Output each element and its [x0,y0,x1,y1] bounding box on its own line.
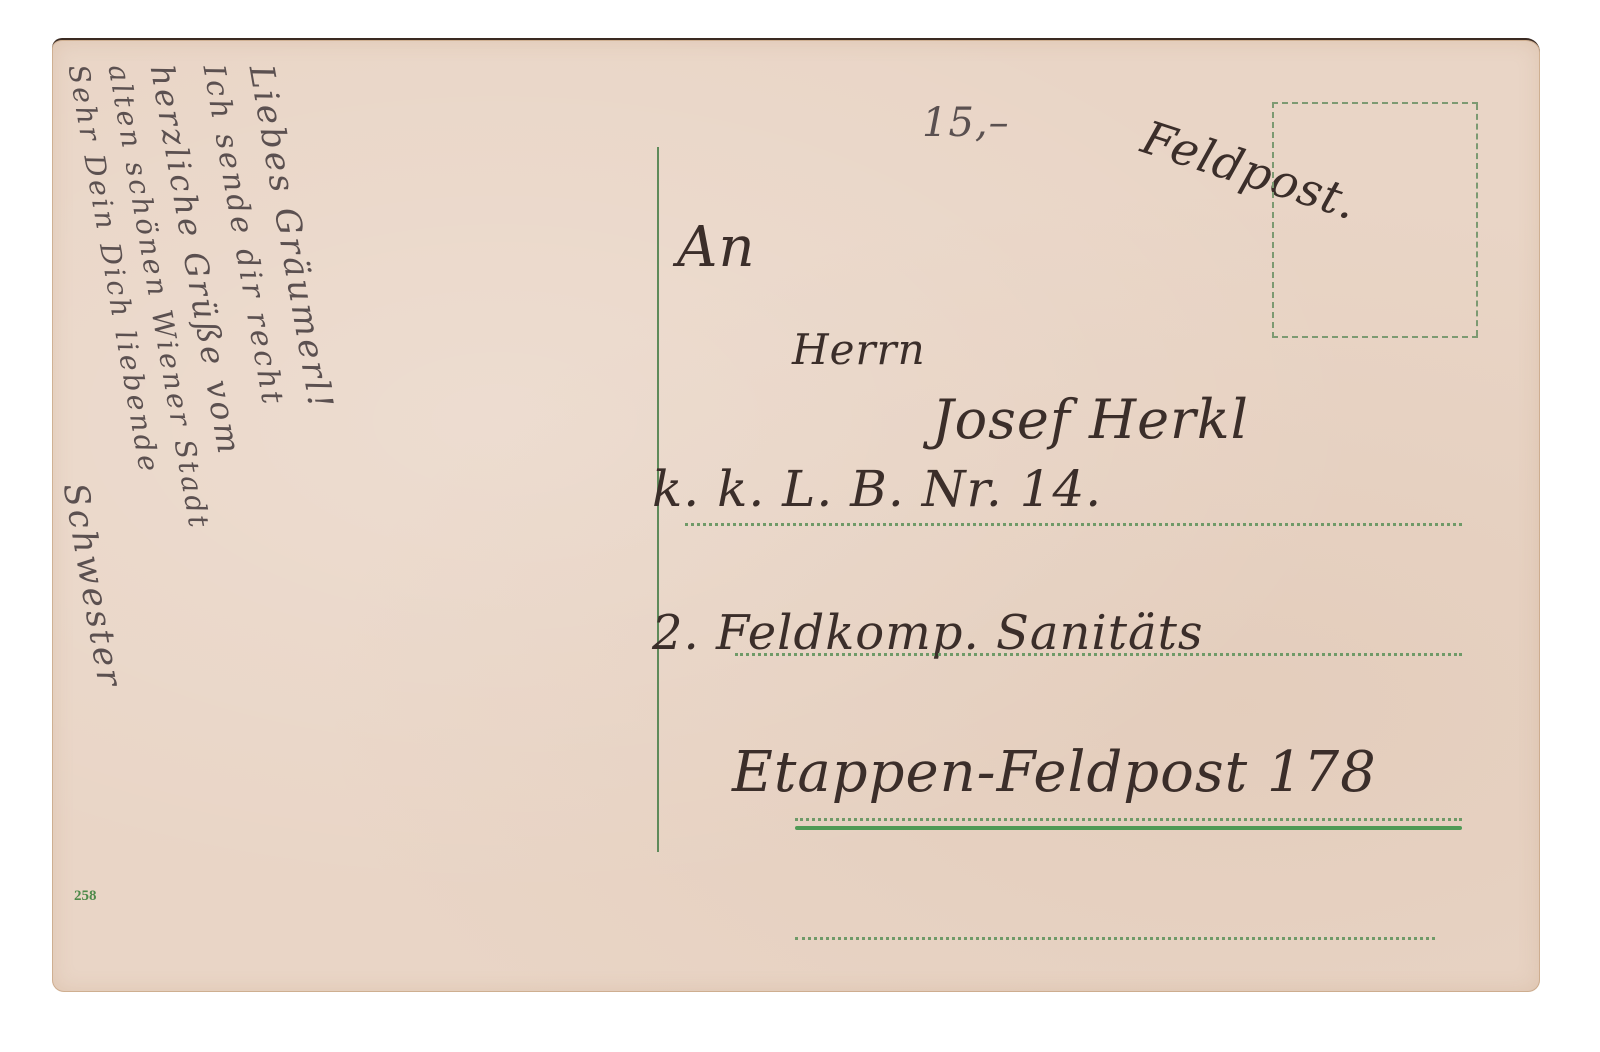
stamp-box [1272,102,1478,338]
address-rule [735,653,1462,656]
address-line-3: Etappen-Feldpost 178 [732,740,1377,805]
address-name: Josef Herkl [932,388,1249,451]
address-rule [685,523,1462,526]
address-title: Herrn [792,325,926,374]
price-mark: 15,– [922,100,1010,146]
postcard: Liebes Gräumerl! Ich sende dir recht her… [52,38,1540,992]
destination-underline [795,826,1462,830]
message-signature: Schwester [55,480,131,692]
address-salutation: An [677,215,756,280]
address-line-1: k. k. L. B. Nr. 14. [652,460,1102,518]
printed-card-number: 258 [74,888,97,905]
address-rule [795,818,1462,821]
address-rule [795,937,1435,940]
